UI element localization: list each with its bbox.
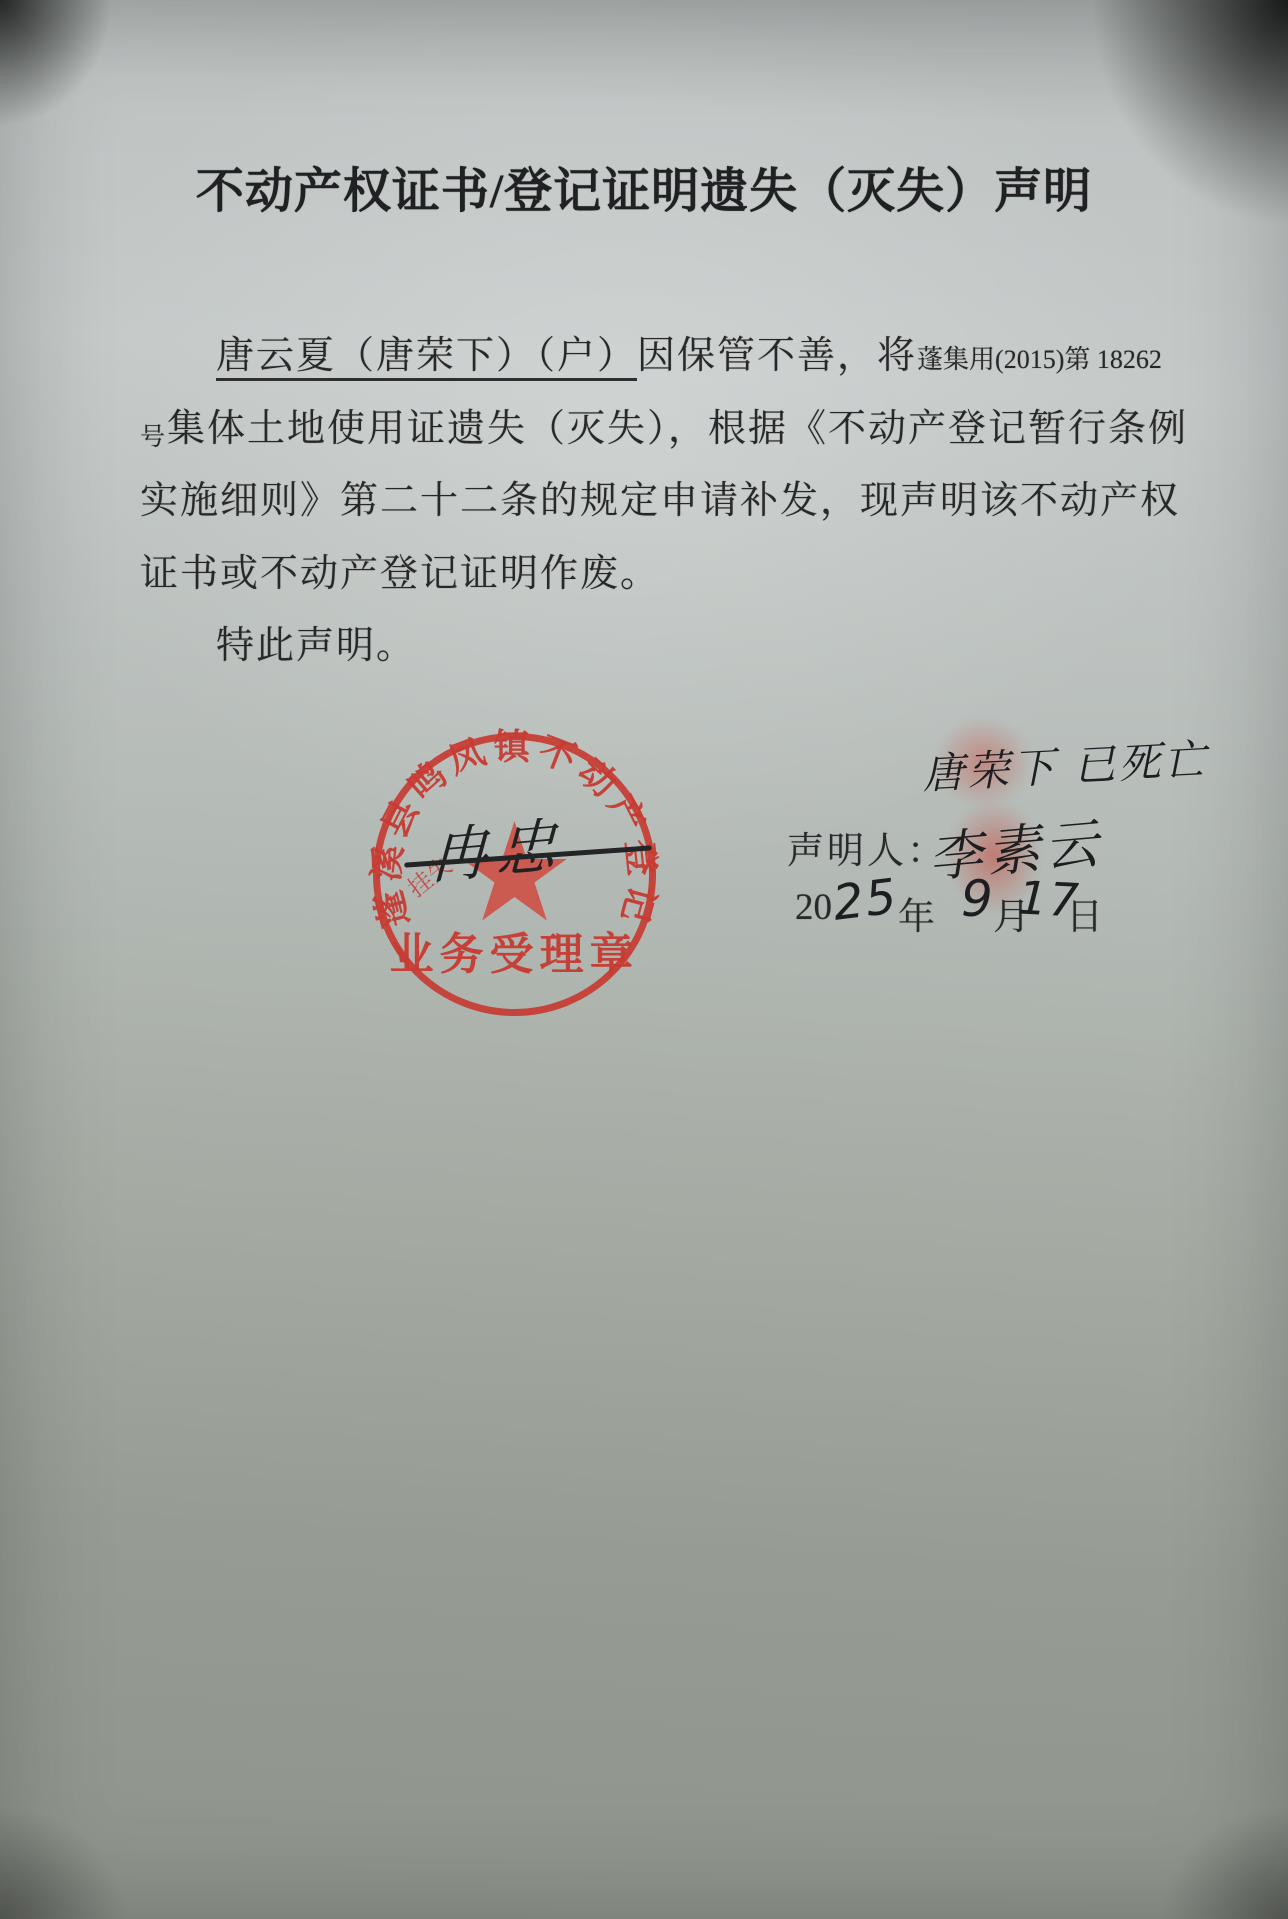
declaration-body: 唐云夏（唐荣下）（户）因保管不善，将蓬集用(2015)第 18262 号集体土地… — [140, 320, 1170, 683]
body-line-4: 证书或不动产登记证明作废。 — [140, 538, 1170, 611]
stamp-overlap-signature: 冉忠 — [427, 798, 566, 896]
holder-name-underlined: 唐云夏（唐荣下）（户） — [216, 335, 637, 381]
photographed-document-page: 不动产权证书/登记证明遗失（灭失）声明 唐云夏（唐荣下）（户）因保管不善，将蓬集… — [0, 0, 1288, 1919]
reason-text: 因保管不善，将 — [637, 335, 917, 377]
body-line-2: 号集体土地使用证遗失（灭失），根据《不动产登记暂行条例 — [140, 393, 1170, 466]
handwritten-deceased-note: 唐荣下 已死亡 — [921, 727, 1210, 802]
date-year-prefix: 20 — [795, 886, 832, 929]
date-day-handwritten: 17 — [1017, 870, 1082, 927]
date-month-handwritten: 9 — [961, 870, 993, 928]
date-year-label: 年 — [898, 886, 935, 940]
certificate-number-unit: 号 — [140, 424, 165, 451]
declarant-label: 声明人： — [787, 820, 947, 874]
body-closing-line: 特此声明。 — [140, 610, 1170, 683]
body-line-1: 唐云夏（唐荣下）（户）因保管不善，将蓬集用(2015)第 18262 — [140, 320, 1170, 393]
body-line-2-text: 集体土地使用证遗失（灭失），根据《不动产登记暂行条例 — [167, 408, 1188, 450]
body-line-3: 实施细则》第二十二条的规定申请补发，现声明该不动产权 — [140, 465, 1170, 538]
document-title: 不动产权证书/登记证明遗失（灭失）声明 — [0, 152, 1288, 221]
stamp-bottom-text: 业务受理章 — [390, 929, 640, 979]
certificate-number: 蓬集用(2015)第 18262 — [917, 345, 1162, 374]
date-year-handwritten: 25 — [830, 868, 901, 932]
